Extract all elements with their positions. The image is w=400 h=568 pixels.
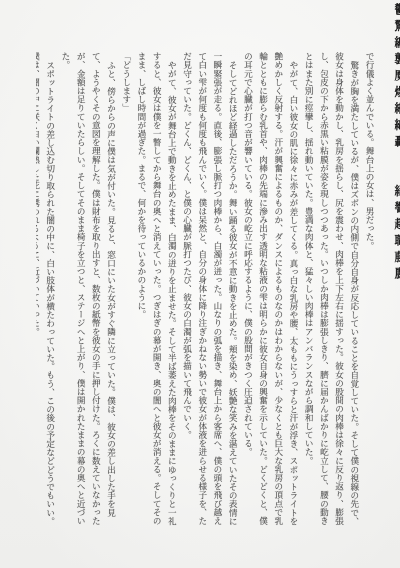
paragraph: 驚きが胸を満たしているが、僕はズボンの内側で自分自身が反応していることを自覚して… [300,52,361,530]
scanned-book-page: で行儀よく並んでいる。舞台上の女は、男だった。 驚きが胸を満たしているが、僕はズ… [0,0,400,568]
paragraph: やがて、白い彼女の肌に徐々に赤みが差してくる。真っ白な乳房や腰、太ももにうっすら… [239,52,300,530]
paragraph-dialogue: 「どうします」 [118,52,133,530]
paragraph: ふと、傍らからの声に僕は気が付いた。見ると、窓口にいた女がすぐ隣に立っていた。僕… [57,52,118,530]
edge-fragment-text: 鬱驚纏襲魔爆縦織轟 縁響趣職藤麗 [393,3,400,284]
paragraph: そしてどれほど経過しただろうか。舞い踊る彼女が不意に動きを止めた。頬を染め、妖艶… [178,52,239,530]
page-edge-glyph-fragments: 鬱驚纏襲魔爆縦織轟 縁響趣職藤麗 [392,3,400,313]
paragraph: やがて、彼女が舞台上で動きを止めたまま、白濁の迸りを止ませた。そして半ば萎えた肉… [133,52,179,530]
novel-text-block: で行儀よく並んでいる。舞台上の女は、男だった。 驚きが胸を満たしているが、僕はズ… [36,52,376,530]
paragraph-continuation: で行儀よく並んでいる。舞台上の女は、男だった。 [361,52,376,530]
paragraph: スポットライトの差し込む切り取られた闇の中に、白い肢体が横たわっていた。もう、こ… [36,52,57,530]
